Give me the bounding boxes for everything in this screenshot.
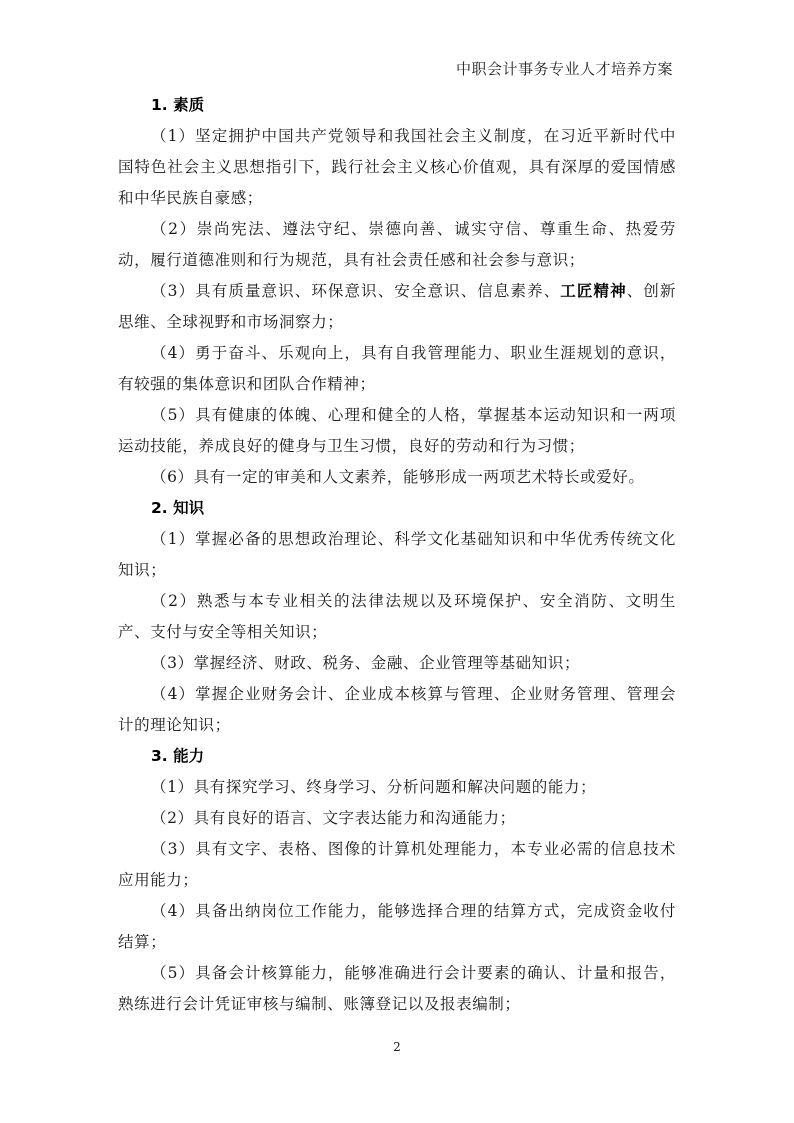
paragraph: （5）具备会计核算能力，能够准确进行会计要素的确认、计量和报告，熟练进行会计凭证… (118, 958, 676, 1020)
page-number: 2 (0, 1040, 794, 1054)
paragraph: （1）坚定拥护中国共产党领导和我国社会主义制度，在习近平新时代中国特色社会主义思… (118, 121, 676, 214)
paragraph: （4）具备出纳岗位工作能力，能够选择合理的结算方式，完成资金收付结算； (118, 896, 676, 958)
paragraph: （2）熟悉与本专业相关的法律法规以及环境保护、安全消防、文明生产、支付与安全等相… (118, 586, 676, 648)
paragraph: （1）具有探究学习、终身学习、分析问题和解决问题的能力； (118, 772, 676, 803)
paragraph: （4）掌握企业财务会计、企业成本核算与管理、企业财务管理、管理会计的理论知识； (118, 679, 676, 741)
paragraph: （3）掌握经济、财政、税务、金融、企业管理等基础知识； (118, 648, 676, 679)
document-body: 1. 素质 （1）坚定拥护中国共产党领导和我国社会主义制度，在习近平新时代中国特… (118, 90, 676, 1020)
section-heading-quality: 1. 素质 (118, 90, 676, 121)
paragraph: （4）勇于奋斗、乐观向上，具有自我管理能力、职业生涯规划的意识，有较强的集体意识… (118, 338, 676, 400)
paragraph: （2）具有良好的语言、文字表达能力和沟通能力； (118, 803, 676, 834)
paragraph: （5）具有健康的体魄、心理和健全的人格，掌握基本运动知识和一两项运动技能，养成良… (118, 400, 676, 462)
page-header: 中职会计事务专业人才培养方案 (456, 58, 673, 79)
paragraph: （2）崇尚宪法、遵法守纪、崇德向善、诚实守信、尊重生命、热爱劳动，履行道德准则和… (118, 214, 676, 276)
section-heading-knowledge: 2. 知识 (118, 493, 676, 524)
paragraph: （3）具有文字、表格、图像的计算机处理能力，本专业必需的信息技术应用能力； (118, 834, 676, 896)
paragraph: （6）具有一定的审美和人文素养，能够形成一两项艺术特长或爱好。 (118, 462, 676, 493)
paragraph: （1）掌握必备的思想政治理论、科学文化基础知识和中华优秀传统文化知识； (118, 524, 676, 586)
section-heading-ability: 3. 能力 (118, 741, 676, 772)
paragraph: （3）具有质量意识、环保意识、安全意识、信息素养、工匠精神、创新思维、全球视野和… (118, 276, 676, 338)
text-run: （3）具有质量意识、环保意识、安全意识、信息素养、 (151, 282, 560, 300)
bold-text-run: 工匠精神 (560, 282, 626, 300)
